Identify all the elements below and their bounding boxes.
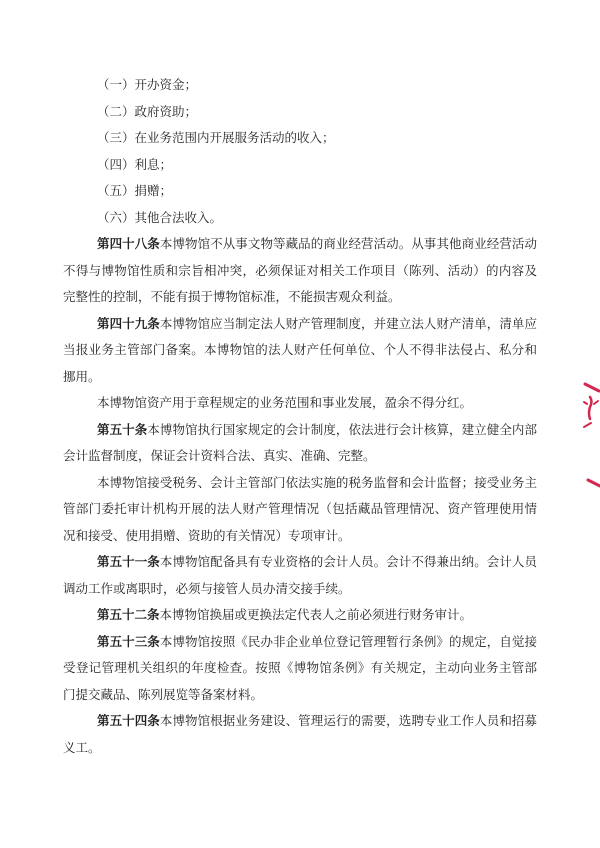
article-paragraph-54: 第五十四条本博物馆根据业务建设、管理运行的需要，选聘专业工作人员和招募义工。 xyxy=(63,708,537,761)
article-number: 第五十二条 xyxy=(97,608,160,622)
document-body: （一）开办资金； （二）政府资助； （三）在业务范围内开展服务活动的收入； （四… xyxy=(63,72,537,761)
list-item: （一）开办资金； xyxy=(63,72,537,99)
list-item: （三）在业务范围内开展服务活动的收入； xyxy=(63,125,537,152)
article-number: 第五十一条 xyxy=(97,555,160,569)
article-paragraph-50-continued: 本博物馆接受税务、会计主管部门依法实施的税务监督和会计监督；接受业务主管部门委托… xyxy=(63,470,537,550)
document-page: （一）开办资金； （二）政府资助； （三）在业务范围内开展服务活动的收入； （四… xyxy=(0,0,600,848)
article-paragraph-50: 第五十条本博物馆执行国家规定的会计制度，依法进行会计核算，建立健全内部会计监督制… xyxy=(63,417,537,470)
article-number: 第五十三条 xyxy=(97,635,160,649)
list-item: （五）捐赠； xyxy=(63,178,537,205)
red-pen-squiggle-tick-icon xyxy=(584,401,598,427)
article-number: 第四十九条 xyxy=(97,317,160,331)
red-pen-dash-bottom-icon xyxy=(588,480,600,486)
article-paragraph-49-continued: 本博物馆资产用于章程规定的业务范围和事业发展，盈余不得分红。 xyxy=(63,390,537,417)
article-paragraph-52: 第五十二条本博物馆换届或更换法定代表人之前必须进行财务审计。 xyxy=(63,602,537,629)
article-text: 本博物馆资产用于章程规定的业务范围和事业发展，盈余不得分红。 xyxy=(97,396,472,410)
article-text: 本博物馆接受税务、会计主管部门依法实施的税务监督和会计监督；接受业务主管部门委托… xyxy=(63,476,537,543)
list-item: （四）利息； xyxy=(63,152,537,179)
red-pen-squiggle-icon xyxy=(589,397,592,419)
article-number: 第五十条 xyxy=(97,423,147,437)
article-paragraph-51: 第五十一条本博物馆配备具有专业资格的会计人员。会计不得兼出纳。会计人员调动工作或… xyxy=(63,549,537,602)
red-pen-dash-top-icon xyxy=(585,384,599,391)
article-paragraph-49: 第四十九条本博物馆应当制定法人财产管理制度，并建立法人财产清单，清单应当报业务主… xyxy=(63,311,537,391)
article-number: 第五十四条 xyxy=(97,714,160,728)
list-item: （六）其他合法收入。 xyxy=(63,205,537,232)
article-number: 第四十八条 xyxy=(97,237,160,251)
article-paragraph-48: 第四十八条本博物馆不从事文物等藏品的商业经营活动。从事其他商业经营活动不得与博物… xyxy=(63,231,537,311)
article-text: 本博物馆换届或更换法定代表人之前必须进行财务审计。 xyxy=(160,608,473,622)
list-item: （二）政府资助； xyxy=(63,99,537,126)
article-paragraph-53: 第五十三条本博物馆按照《民办非企业单位登记管理暂行条例》的规定，自觉接受登记管理… xyxy=(63,629,537,709)
